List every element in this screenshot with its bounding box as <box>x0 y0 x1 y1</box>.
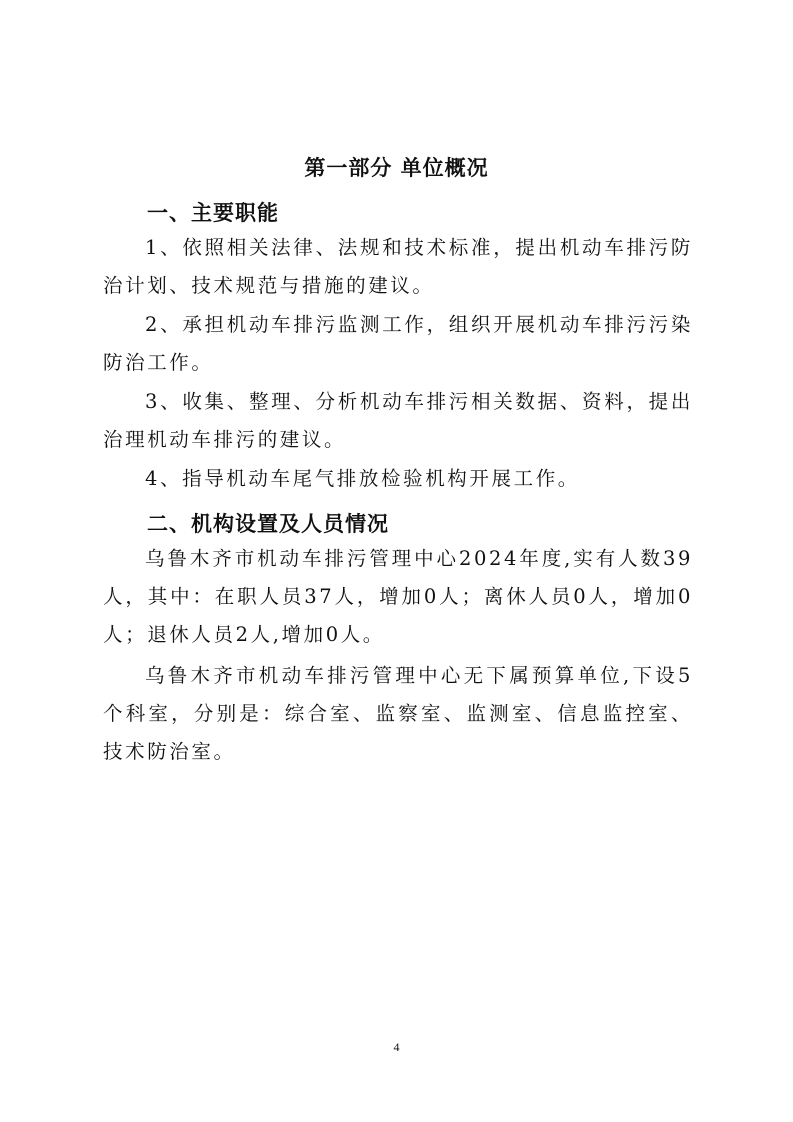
paragraph-staffing: 乌鲁木齐市机动车排污管理中心2024年度,实有人数39人，其中：在职人员37人，… <box>103 540 693 654</box>
paragraph-function-2: 2、承担机动车排污监测工作，组织开展机动车排污污染防治工作。 <box>103 306 693 382</box>
page-title: 第一部分 单位概况 <box>0 152 793 182</box>
section-heading-organization: 二、机构设置及人员情况 <box>147 508 389 538</box>
page-number: 4 <box>0 1040 793 1055</box>
paragraph-departments: 乌鲁木齐市机动车排污管理中心无下属预算单位,下设5个科室，分别是：综合室、监察室… <box>103 657 693 771</box>
section-heading-functions: 一、主要职能 <box>147 197 279 227</box>
paragraph-function-4: 4、指导机动车尾气排放检验机构开展工作。 <box>103 460 693 498</box>
paragraph-function-3: 3、收集、整理、分析机动车排污相关数据、资料，提出治理机动车排污的建议。 <box>103 383 693 459</box>
document-page: 第一部分 单位概况 一、主要职能 1、依照相关法律、法规和技术标准，提出机动车排… <box>0 0 793 1122</box>
paragraph-function-1: 1、依照相关法律、法规和技术标准，提出机动车排污防治计划、技术规范与措施的建议。 <box>103 229 693 305</box>
